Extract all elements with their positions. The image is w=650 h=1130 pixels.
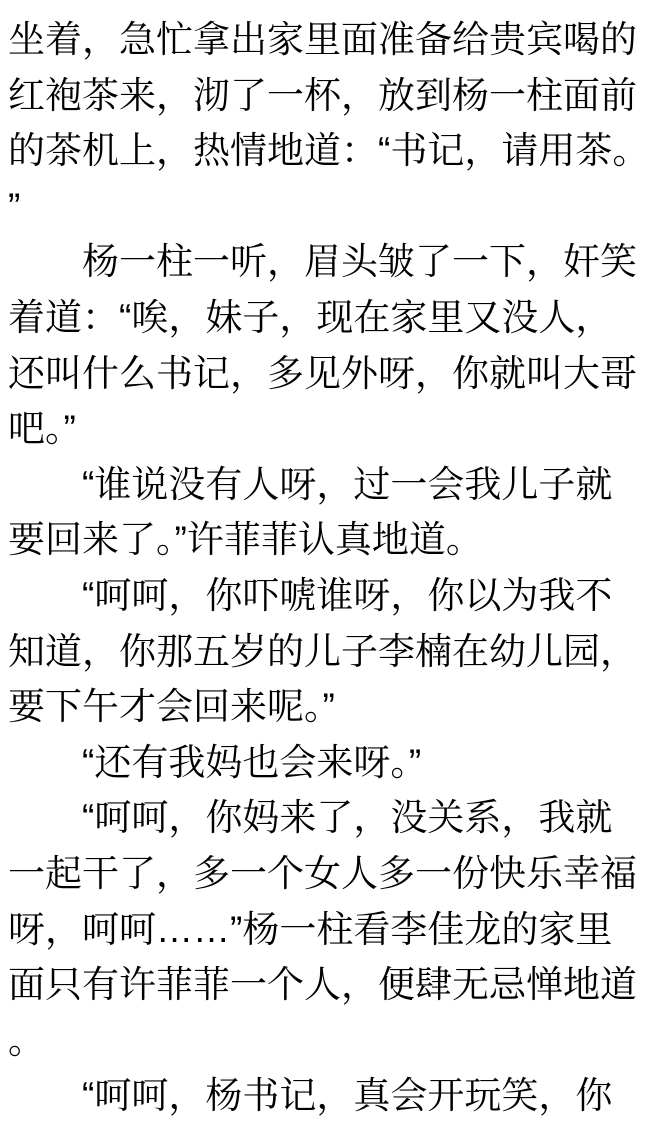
novel-text-body: 坐着，急忙拿出家里面准备给贵宾喝的红袍茶来，沏了一杯，放到杨一柱面前的茶机上，热…: [8, 12, 650, 1124]
text-line: “谁说没有人呀，过一会我儿子就: [8, 457, 650, 513]
text-line: 要回来了。”许菲菲认真地道。: [8, 512, 650, 568]
paragraph: “呵呵，你妈来了，没关系，我就一起干了，多一个女人多一份快乐幸福呀，呵呵……”杨…: [8, 790, 650, 1068]
text-line: 知道，你那五岁的儿子李楠在幼儿园，: [8, 624, 650, 680]
text-line: “呵呵，你吓唬谁呀，你以为我不: [8, 568, 650, 624]
text-line: 呀，呵呵……”杨一柱看李佳龙的家里: [8, 902, 650, 958]
text-line: “呵呵，杨书记，真会开玩笑，你: [8, 1068, 650, 1124]
text-line: ”: [8, 179, 650, 235]
paragraph: “呵呵，杨书记，真会开玩笑，你: [8, 1068, 650, 1124]
paragraph: 坐着，急忙拿出家里面准备给贵宾喝的红袍茶来，沏了一杯，放到杨一柱面前的茶机上，热…: [8, 12, 650, 234]
text-line: “呵呵，你妈来了，没关系，我就: [8, 790, 650, 846]
text-line: 红袍茶来，沏了一杯，放到杨一柱面前: [8, 68, 650, 124]
paragraph: “呵呵，你吓唬谁呀，你以为我不知道，你那五岁的儿子李楠在幼儿园，要下午才会回来呢…: [8, 568, 650, 735]
paragraph: 杨一柱一听，眉头皱了一下，奸笑着道：“唉，妹子，现在家里又没人，还叫什么书记，多…: [8, 234, 650, 456]
text-line: 一起干了，多一个女人多一份快乐幸福: [8, 846, 650, 902]
text-line: 面只有许菲菲一个人，便肆无忌惮地道: [8, 957, 650, 1013]
paragraph: “还有我妈也会来呀。”: [8, 735, 650, 791]
text-line: 着道：“唉，妹子，现在家里又没人，: [8, 290, 650, 346]
text-line: 坐着，急忙拿出家里面准备给贵宾喝的: [8, 12, 650, 68]
text-line: 杨一柱一听，眉头皱了一下，奸笑: [8, 234, 650, 290]
text-line: 。: [8, 1013, 650, 1069]
text-line: 的茶机上，热情地道：“书记，请用茶。: [8, 123, 650, 179]
text-line: 要下午才会回来呢。”: [8, 679, 650, 735]
text-line: “还有我妈也会来呀。”: [8, 735, 650, 791]
novel-reader-page: 坐着，急忙拿出家里面准备给贵宾喝的红袍茶来，沏了一杯，放到杨一柱面前的茶机上，热…: [0, 0, 650, 1130]
paragraph: “谁说没有人呀，过一会我儿子就要回来了。”许菲菲认真地道。: [8, 457, 650, 568]
text-line: 还叫什么书记，多见外呀，你就叫大哥: [8, 346, 650, 402]
text-line: 吧。”: [8, 401, 650, 457]
